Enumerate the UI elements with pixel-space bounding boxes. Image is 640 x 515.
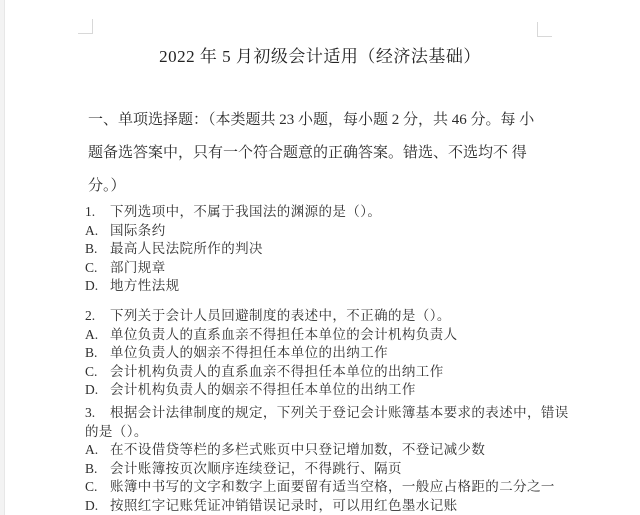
option-letter: B. <box>85 240 110 259</box>
question-stem-text: 下列关于会计人员回避制度的表述中，不正确的是（）。 <box>110 308 451 323</box>
option-b: B.最高人民法院所作的判决 <box>85 240 600 259</box>
option-text: 会计账簿按页次顺序连续登记，不得跳行、隔页 <box>110 461 402 476</box>
option-d: D.地方性法规 <box>85 277 600 296</box>
option-text: 会计机构负责人的直系血亲不得担任本单位的出纳工作 <box>110 364 444 379</box>
option-letter: B. <box>85 460 110 479</box>
option-c: C.账簿中书写的文字和数字上面要留有适当空格，一般应占格距的二分之一 <box>85 478 600 497</box>
question-stem-text: 下列选项中，不属于我国法的渊源的是（）。 <box>110 204 381 219</box>
section-instructions: 一、单项选择题：（本类题共 23 小题，每小题 2 分，共 46 分。每 小 题… <box>88 104 590 203</box>
option-letter: C. <box>85 363 110 382</box>
option-a: A.在不设借贷等栏的多栏式账页中只登记增加数，不登记减少数 <box>85 441 600 460</box>
option-letter: B. <box>85 344 110 363</box>
option-text: 地方性法规 <box>110 278 180 293</box>
option-text: 单位负责人的姻亲不得担任本单位的出纳工作 <box>110 345 388 360</box>
option-b: B.单位负责人的姻亲不得担任本单位的出纳工作 <box>85 344 600 363</box>
option-letter: A. <box>85 326 110 345</box>
option-a: A.单位负责人的直系血亲不得担任本单位的会计机构负责人 <box>85 326 600 345</box>
option-letter: D. <box>85 381 110 400</box>
option-text: 会计机构负责人的姻亲不得担任本单位的出纳工作 <box>110 382 416 397</box>
question-3: 3.根据会计法律制度的规定，下列关于登记会计账簿基本要求的表述中，错误 的是（）… <box>85 404 600 515</box>
option-letter: A. <box>85 222 110 241</box>
option-c: C.会计机构负责人的直系血亲不得担任本单位的出纳工作 <box>85 363 600 382</box>
option-text: 国际条约 <box>110 223 166 238</box>
option-d: D.会计机构负责人的姻亲不得担任本单位的出纳工作 <box>85 381 600 400</box>
option-text: 部门规章 <box>110 260 166 275</box>
question-number: 3. <box>85 404 110 423</box>
option-a: A.国际条约 <box>85 222 600 241</box>
question-stem: 2.下列关于会计人员回避制度的表述中，不正确的是（）。 <box>85 307 600 326</box>
question-stem: 1.下列选项中，不属于我国法的渊源的是（）。 <box>85 203 600 222</box>
option-c: C.部门规章 <box>85 259 600 278</box>
option-letter: C. <box>85 259 110 278</box>
option-d: D.按照红字记账凭证冲销错误记录时，可以用红色墨水记账 <box>85 497 600 515</box>
option-text: 在不设借贷等栏的多栏式账页中只登记增加数，不登记减少数 <box>110 442 485 457</box>
option-letter: D. <box>85 277 110 296</box>
document-title: 2022 年 5 月初级会计适用（经济法基础） <box>0 42 640 67</box>
instructions-line: 一、单项选择题：（本类题共 23 小题，每小题 2 分，共 46 分。每 小 <box>88 104 590 137</box>
option-text: 账簿中书写的文字和数字上面要留有适当空格，一般应占格距的二分之一 <box>110 479 555 494</box>
page-edge-strip <box>0 0 5 515</box>
instructions-line: 题备选答案中，只有一个符合题意的正确答案。错选、不选均不 得 <box>88 137 590 170</box>
document-page: 2022 年 5 月初级会计适用（经济法基础） 一、单项选择题：（本类题共 23… <box>0 0 640 515</box>
option-letter: A. <box>85 441 110 460</box>
question-1: 1.下列选项中，不属于我国法的渊源的是（）。 A.国际条约 B.最高人民法院所作… <box>85 203 600 296</box>
text-boundary-mark-top-right <box>537 22 552 37</box>
option-b: B.会计账簿按页次顺序连续登记，不得跳行、隔页 <box>85 460 600 479</box>
text-boundary-mark-top-left <box>78 19 93 34</box>
option-text: 单位负责人的直系血亲不得担任本单位的会计机构负责人 <box>110 327 458 342</box>
option-text: 最高人民法院所作的判决 <box>110 241 263 256</box>
question-stem-text: 根据会计法律制度的规定，下列关于登记会计账簿基本要求的表述中，错误 <box>110 405 569 420</box>
option-letter: C. <box>85 478 110 497</box>
option-letter: D. <box>85 497 110 515</box>
instructions-line: 分。） <box>88 170 590 203</box>
question-number: 1. <box>85 203 110 222</box>
question-number: 2. <box>85 307 110 326</box>
option-text: 按照红字记账凭证冲销错误记录时，可以用红色墨水记账 <box>110 498 458 513</box>
question-2: 2.下列关于会计人员回避制度的表述中，不正确的是（）。 A.单位负责人的直系血亲… <box>85 307 600 400</box>
question-stem-continuation: 的是（）。 <box>85 423 600 442</box>
question-stem: 3.根据会计法律制度的规定，下列关于登记会计账簿基本要求的表述中，错误 <box>85 404 600 423</box>
